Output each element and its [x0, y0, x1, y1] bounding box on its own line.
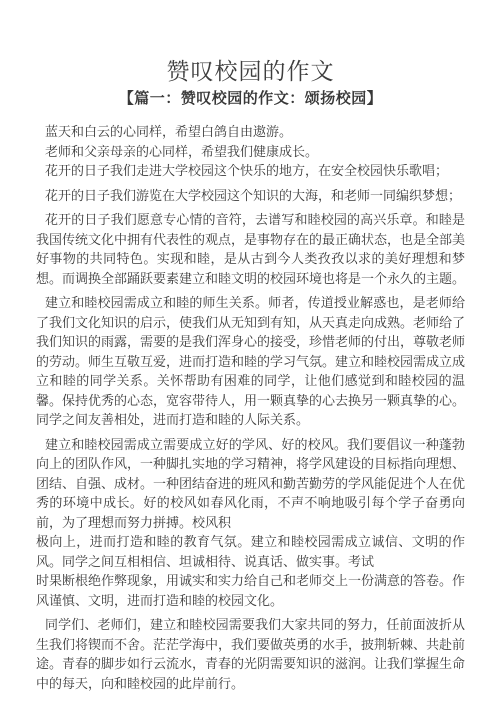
paragraph-8: 同学们、老师们，建立和睦校园需要我们大家共同的努力，任前面波折从生我们将锲而不舍… [36, 615, 465, 693]
paragraph-4: 花开的日子我们游览在大学校园这个知识的大海，和老师一同编织梦想； [36, 186, 465, 206]
paragraph-6: 建立和睦校园需成立和睦的师生关系。师者，传道授业解惑也，是老师给了我们文化知识的… [36, 293, 465, 430]
essay-body: 蓝天和白云的心同样，希望白鸽自由遨游。 老师和父亲母亲的心同样，希望我们健康成长… [36, 122, 465, 693]
paragraph-7: 建立和睦校园需成立需要成立好的学风、好的校风。我们要倡议一种蓬勃向上的团队作风，… [36, 435, 465, 611]
doc-title: 赞叹校园的作文 [36, 57, 465, 86]
paragraph-5: 花开的日子我们愿意专心情的音符，去谱写和睦校园的高兴乐章。和睦是我国传统文化中拥… [36, 210, 465, 288]
paragraph-2: 老师和父亲母亲的心同样，希望我们健康成长。 [36, 142, 465, 162]
paragraph-3: 花开的日子我们走进大学校园这个快乐的地方，在安全校园快乐歌唱； [36, 161, 465, 181]
document-page: 赞叹校园的作文 【篇一：赞叹校园的作文：颂扬校园】 蓝天和白云的心同样，希望白鸽… [0, 0, 500, 708]
paragraph-1: 蓝天和白云的心同样，希望白鸽自由遨游。 [36, 122, 465, 142]
doc-subtitle: 【篇一：赞叹校园的作文：颂扬校园】 [36, 89, 465, 109]
